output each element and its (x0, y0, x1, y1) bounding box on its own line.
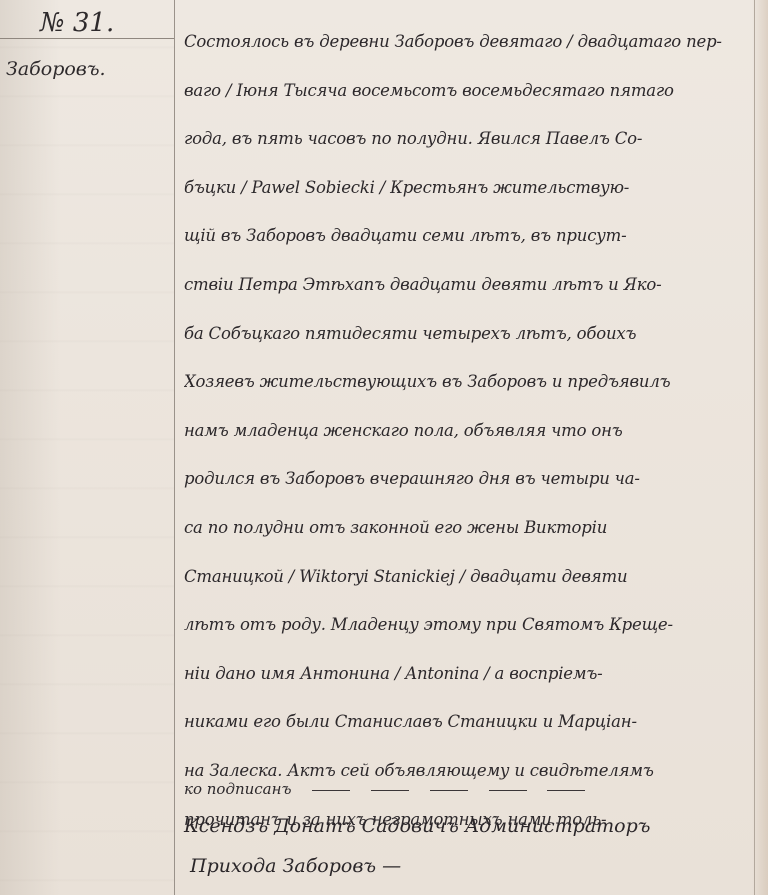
signature-line-2: Прихода Заборовъ — (184, 846, 744, 886)
register-page: № 31. Заборовъ. Состоялось въ деревни За… (0, 0, 768, 895)
closing-line: ко подписанъ (184, 780, 585, 798)
entry-body: Состоялось въ деревни Заборовъ девятаго … (184, 18, 750, 844)
body-line: ваго / Іюня Тысяча восемьсотъ восемьдеся… (184, 67, 750, 116)
fill-dash (489, 790, 527, 791)
signature-line-1: Ксендзъ Донатъ Садовичъ Администраторъ (184, 806, 744, 846)
body-line: намъ младенца женскаго пола, объявляя чт… (184, 407, 750, 456)
village-name: Заборовъ. (6, 58, 106, 80)
margin-rule-vertical (174, 0, 175, 895)
paper-bleed-through (0, 0, 174, 895)
body-line: родился въ Заборовъ вчерашняго дня въ че… (184, 455, 750, 504)
closing-text: ко подписанъ (184, 780, 292, 798)
body-line: года, въ пять часовъ по полудни. Явился … (184, 115, 750, 164)
body-line: Станицкой / Wiktoryi Stanickiej / двадца… (184, 553, 750, 602)
entry-number: № 31. (40, 8, 114, 38)
body-line: са по полудни отъ законной его жены Викт… (184, 504, 750, 553)
body-line: бъцки / Pawel Sobiecki / Крестьянъ жител… (184, 164, 750, 213)
body-line: ніи дано имя Антонина / Antonina / а вос… (184, 650, 750, 699)
margin-rule-horizontal (0, 38, 174, 39)
body-line: лѣтъ отъ роду. Младенцу этому при Святом… (184, 601, 750, 650)
fill-dash (312, 790, 350, 791)
body-line: ба Собъцкаго пятидесяти четырехъ лѣтъ, о… (184, 310, 750, 359)
priest-signature: Ксендзъ Донатъ Садовичъ Администраторъ П… (184, 806, 744, 886)
body-line: Состоялось въ деревни Заборовъ девятаго … (184, 18, 750, 67)
body-line: щій въ Заборовъ двадцати семи лѣтъ, въ п… (184, 212, 750, 261)
fill-dash (547, 790, 585, 791)
fill-dash (371, 790, 409, 791)
page-gutter-shadow (752, 0, 768, 895)
body-line: Хозяевъ жительствующихъ въ Заборовъ и пр… (184, 358, 750, 407)
fill-dash (430, 790, 468, 791)
body-line: никами его были Станиславъ Станицки и Ма… (184, 698, 750, 747)
body-line: ствіи Петра Этѣхапъ двадцати девяти лѣтъ… (184, 261, 750, 310)
